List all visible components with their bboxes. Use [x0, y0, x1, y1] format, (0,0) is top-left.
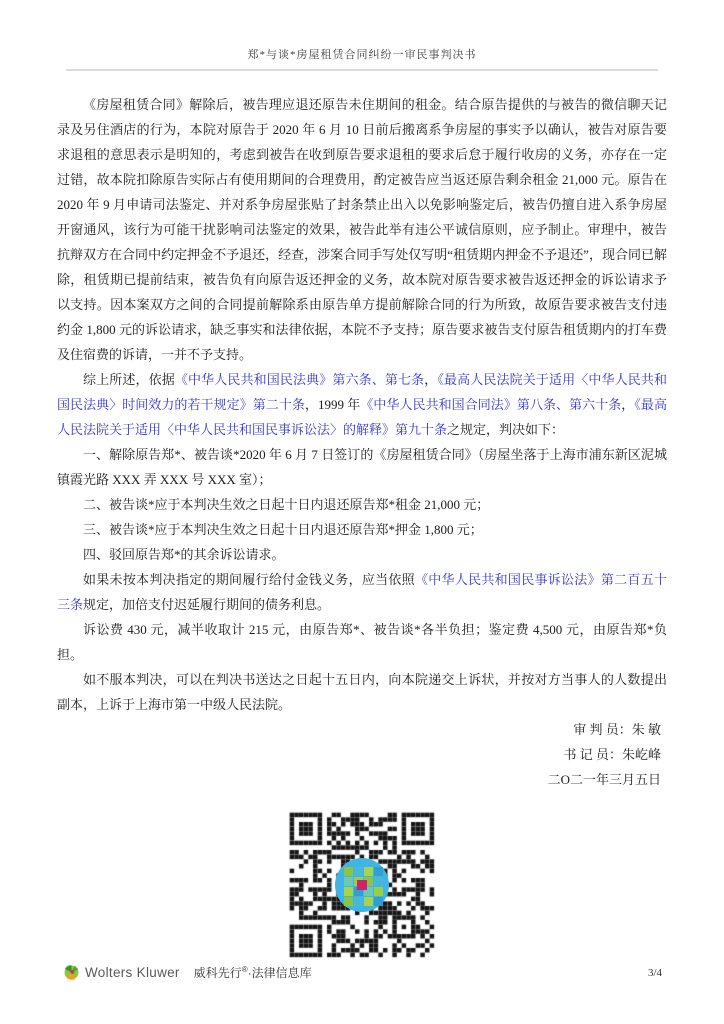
paragraph: 综上所述，依据《中华人民共和国民法典》第六条、第七条，《最高人民法院关于适用〈中…: [57, 367, 667, 442]
paragraph: 《房屋租赁合同》解除后，被告理应退还原告未住期间的租金。结合原告提供的与被告的微…: [57, 92, 667, 367]
text-run: 规定，加倍支付迟延履行期间的债务利息。: [83, 597, 330, 612]
statute-link[interactable]: 《中华人民共和国民法典》第六条、第七条: [175, 372, 424, 387]
product-name: 威科先行®·法律信息库: [194, 964, 312, 981]
page-number: 3/4: [648, 967, 662, 979]
date-line: 二O二一年三月五日: [57, 767, 661, 792]
header-divider: [66, 69, 658, 71]
paragraph: 一、解除原告郑*、被告谈*2020 年 6 月 7 日签订的《房屋租赁合同》（房…: [57, 442, 667, 492]
text-run: 综上所述，依据: [83, 372, 175, 387]
text-run: 三、被告谈*应于本判决生效之日起十日内退还原告郑*押金 1,800 元；: [83, 522, 483, 537]
text-run: 之规定，判决如下：: [447, 422, 564, 437]
text-run: 诉讼费 430 元，减半收取计 215 元，由原告郑*、被告谈*各半负担；鉴定费…: [57, 622, 667, 662]
wolters-kluwer-logo-icon: [64, 965, 79, 980]
text-run: 如果未按本判决指定的期间履行给付金钱义务，应当依照: [83, 572, 415, 587]
text-run: 如不服本判决，可以在判决书送达之日起十五日内，向本院递交上诉状，并按对方当事人的…: [57, 672, 667, 712]
text-run: ，: [621, 397, 634, 412]
text-run: 《房屋租赁合同》解除后，被告理应退还原告未住期间的租金。结合原告提供的与被告的微…: [57, 97, 667, 362]
text-run: ，1999 年: [305, 397, 360, 412]
document-body: 《房屋租赁合同》解除后，被告理应退还原告未住期间的租金。结合原告提供的与被告的微…: [57, 92, 667, 717]
text-run: 四、驳回原告郑*的其余诉讼请求。: [83, 547, 285, 562]
paragraph: 四、驳回原告郑*的其余诉讼请求。: [57, 542, 667, 567]
paragraph: 如不服本判决，可以在判决书送达之日起十五日内，向本院递交上诉状，并按对方当事人的…: [57, 667, 667, 717]
text-run: 一、解除原告郑*、被告谈*2020 年 6 月 7 日签订的《房屋租赁合同》（房…: [57, 447, 667, 487]
qr-code: [285, 808, 439, 962]
judgment-page: 郑*与谈*房屋租赁合同纠纷一审民事判决书 《房屋租赁合同》解除后，被告理应退还原…: [0, 0, 724, 1024]
judge-line: 审 判 员：朱 敏: [57, 717, 661, 742]
footer: Wolters Kluwer 威科先行®·法律信息库 3/4: [64, 964, 662, 981]
page-title: 郑*与谈*房屋租赁合同纠纷一审民事判决书: [0, 0, 724, 62]
text-run: ，: [424, 372, 437, 387]
qr-section: [0, 808, 724, 962]
paragraph: 诉讼费 430 元，减半收取计 215 元，由原告郑*、被告谈*各半负担；鉴定费…: [57, 617, 667, 667]
qr-holder: [285, 808, 439, 962]
paragraph: 三、被告谈*应于本判决生效之日起十日内退还原告郑*押金 1,800 元；: [57, 517, 667, 542]
paragraph: 二、被告谈*应于本判决生效之日起十日内退还原告郑*租金 21,000 元；: [57, 492, 667, 517]
clerk-line: 书 记 员：朱屹峰: [57, 742, 661, 767]
paragraph: 如果未按本判决指定的期间履行给付金钱义务，应当依照《中华人民共和国民事诉讼法》第…: [57, 567, 667, 617]
statute-link[interactable]: 《中华人民共和国合同法》第八条、第六十条: [360, 397, 621, 412]
text-run: 二、被告谈*应于本判决生效之日起十日内退还原告郑*租金 21,000 元；: [83, 497, 489, 512]
brand-name: Wolters Kluwer: [85, 965, 180, 980]
signature-block: 审 判 员：朱 敏 书 记 员：朱屹峰 二O二一年三月五日: [57, 717, 667, 792]
